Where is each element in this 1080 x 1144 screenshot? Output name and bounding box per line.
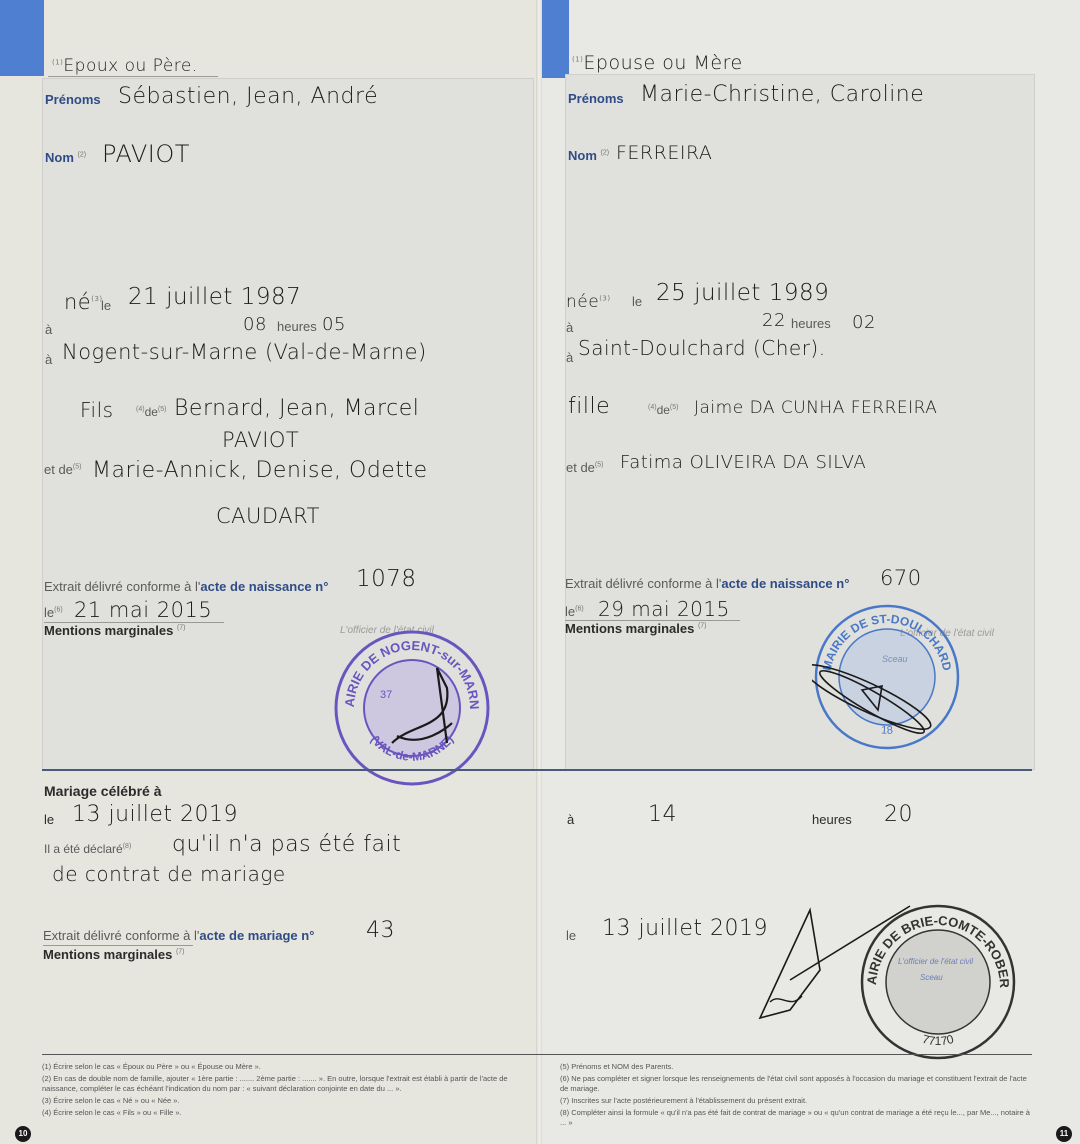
footnote-5: (5) Prénoms et NOM des Parents. — [560, 1062, 1030, 1072]
heures-label-left: heures — [277, 319, 317, 334]
saint-doulchard-stamp: MAIRIE DE ST-DOULCHARD 18 Sceau — [812, 602, 962, 752]
et-de-label-right: et de(5) — [566, 460, 603, 475]
spouse2-panel — [565, 74, 1035, 770]
extract-birth-left: Extrait délivré conforme à l'acte de nai… — [44, 579, 328, 594]
prenoms-label-right: Prénoms — [568, 91, 624, 106]
stamp-center-left: 37 — [380, 689, 392, 701]
sceau-text-right: Sceau — [882, 654, 908, 664]
mother-surname-left[interactable]: CAUDART — [216, 504, 320, 528]
book-gutter — [536, 0, 542, 1144]
footnotes-left: (1) Écrire selon le cas « Époux ou Père … — [42, 1062, 512, 1120]
birth-date-left[interactable]: 21 juillet 1987 — [128, 284, 301, 310]
heures-label-right: heures — [791, 316, 831, 331]
marriage-heures-label: heures — [812, 812, 852, 827]
prenoms-value-right[interactable]: Marie-Christine, Caroline — [640, 82, 924, 107]
marriage-act-number[interactable]: 43 — [366, 918, 395, 943]
birth-act-number-right[interactable]: 670 — [880, 566, 922, 590]
a-label-right: à — [566, 320, 573, 335]
et-de-label-left: et de(5) — [44, 462, 81, 477]
birth-hour-right[interactable]: 22 — [762, 310, 786, 331]
role-underline-left — [48, 76, 218, 77]
a2-label-right: à — [566, 350, 573, 365]
footnotes-right: (5) Prénoms et NOM des Parents. (6) Ne p… — [560, 1062, 1030, 1130]
mentions-label-left: Mentions marginales (7) — [44, 623, 186, 638]
marriage-title: Mariage célébré à — [44, 783, 162, 799]
declared-line-2[interactable]: de contrat de mariage — [52, 862, 286, 886]
svg-text:18: 18 — [881, 724, 894, 736]
mother-names-left[interactable]: Marie-Annick, Denise, Odette — [92, 458, 428, 483]
page-number-left: 10 — [15, 1126, 31, 1142]
birth-minute-right[interactable]: 02 — [852, 312, 876, 333]
father-name-right[interactable]: Jaime DA CUNHA FERREIRA — [694, 398, 937, 418]
extract-marriage-underline — [43, 945, 193, 946]
birth-place-right[interactable]: Saint-Doulchard (Cher). — [578, 336, 826, 360]
fils-value: Fils — [80, 398, 114, 422]
nom-label-right: Nom (2) — [568, 148, 609, 163]
blue-tab-left — [0, 0, 44, 76]
de-label-left: (4)de(5) — [136, 405, 166, 419]
footnote-6: (6) Ne pas compléter et signer lorsque l… — [560, 1074, 1030, 1094]
nee-value: née(3) — [566, 292, 611, 312]
footnote-7: (7) Inscrites sur l'acte postérieurement… — [560, 1096, 1030, 1106]
extract-le-label-right: le(6) — [565, 604, 584, 619]
footnote-1: (1) Écrire selon le cas « Époux ou Père … — [42, 1062, 512, 1072]
father-names-left[interactable]: Bernard, Jean, Marcel — [174, 396, 419, 421]
nogent-stamp: MAIRIE DE NOGENT-sur-MARNE (VAL-de-MARNE… — [332, 628, 492, 788]
father-surname-left[interactable]: PAVIOT — [222, 428, 299, 452]
marriage-le-label: le — [44, 812, 54, 827]
nom-value-right[interactable]: FERREIRA — [616, 142, 712, 164]
ne-value: né(3) — [64, 290, 103, 314]
prenoms-value-left[interactable]: Sébastien, Jean, André — [118, 84, 378, 109]
footnote-4: (4) Écrire selon le cas « Fils » ou « Fi… — [42, 1108, 512, 1118]
stamp-text-bottom-right: 18 — [881, 724, 894, 736]
declared-label: Il a été déclaré(8) — [44, 842, 131, 856]
extract-date-left[interactable]: 21 mai 2015 — [74, 598, 212, 622]
extract-marriage: Extrait délivré conforme à l'acte de mar… — [43, 928, 314, 943]
birth-minute-left[interactable]: 05 — [322, 314, 346, 335]
nom-value-left[interactable]: PAVIOT — [102, 140, 190, 168]
marriage-date[interactable]: 13 juillet 2019 — [72, 802, 238, 827]
marriage-minutes[interactable]: 20 — [884, 802, 913, 827]
footnote-3: (3) Écrire selon le cas « Né » ou « Née … — [42, 1096, 512, 1106]
role-heading-left: (1)Epoux ou Père. — [52, 56, 198, 76]
page-number-right: 11 — [1056, 1126, 1072, 1142]
footnote-divider — [42, 1054, 1032, 1055]
role-heading-right: (1)Epouse ou Mère — [572, 52, 743, 74]
birth-date-right[interactable]: 25 juillet 1989 — [656, 280, 829, 306]
marriage-divider — [42, 769, 1032, 771]
mentions-label-marriage: Mentions marginales (7) — [43, 947, 185, 962]
le-label-right: le — [632, 294, 642, 309]
mentions-label-right: Mentions marginales (7) — [565, 621, 707, 636]
footnote-8: (8) Compléter ainsi la formule « qu'il n… — [560, 1108, 1030, 1128]
extract-le-label-left: le(6) — [44, 605, 63, 620]
birth-place-left[interactable]: Nogent-sur-Marne (Val-de-Marne) — [62, 340, 427, 364]
prenoms-label-left: Prénoms — [45, 92, 101, 107]
footnote-2: (2) En cas de double nom de famille, ajo… — [42, 1074, 512, 1094]
officer-signature-marriage — [740, 900, 940, 1040]
a-label-left: à — [45, 322, 52, 337]
marriage-a-label: à — [567, 812, 574, 827]
extract-birth-right: Extrait délivré conforme à l'acte de nai… — [565, 576, 849, 591]
declared-line-1[interactable]: qu'il n'a pas été fait — [172, 832, 401, 857]
extract-date-right[interactable]: 29 mai 2015 — [598, 597, 730, 621]
blue-tab-right — [542, 0, 569, 78]
le-label-left: le — [101, 298, 111, 313]
marriage-extract-le-label: le — [566, 928, 576, 943]
fille-value: fille — [568, 394, 610, 419]
a2-label-left: à — [45, 352, 52, 367]
marriage-hour[interactable]: 14 — [648, 802, 677, 827]
mother-name-right[interactable]: Fatima OLIVEIRA DA SILVA — [620, 452, 866, 473]
nom-label-left: Nom (2) — [45, 150, 86, 165]
birth-act-number-left[interactable]: 1078 — [356, 566, 417, 592]
birth-hour-left[interactable]: 08 — [243, 314, 267, 335]
de-label-right: (4)de(5) — [648, 403, 678, 417]
